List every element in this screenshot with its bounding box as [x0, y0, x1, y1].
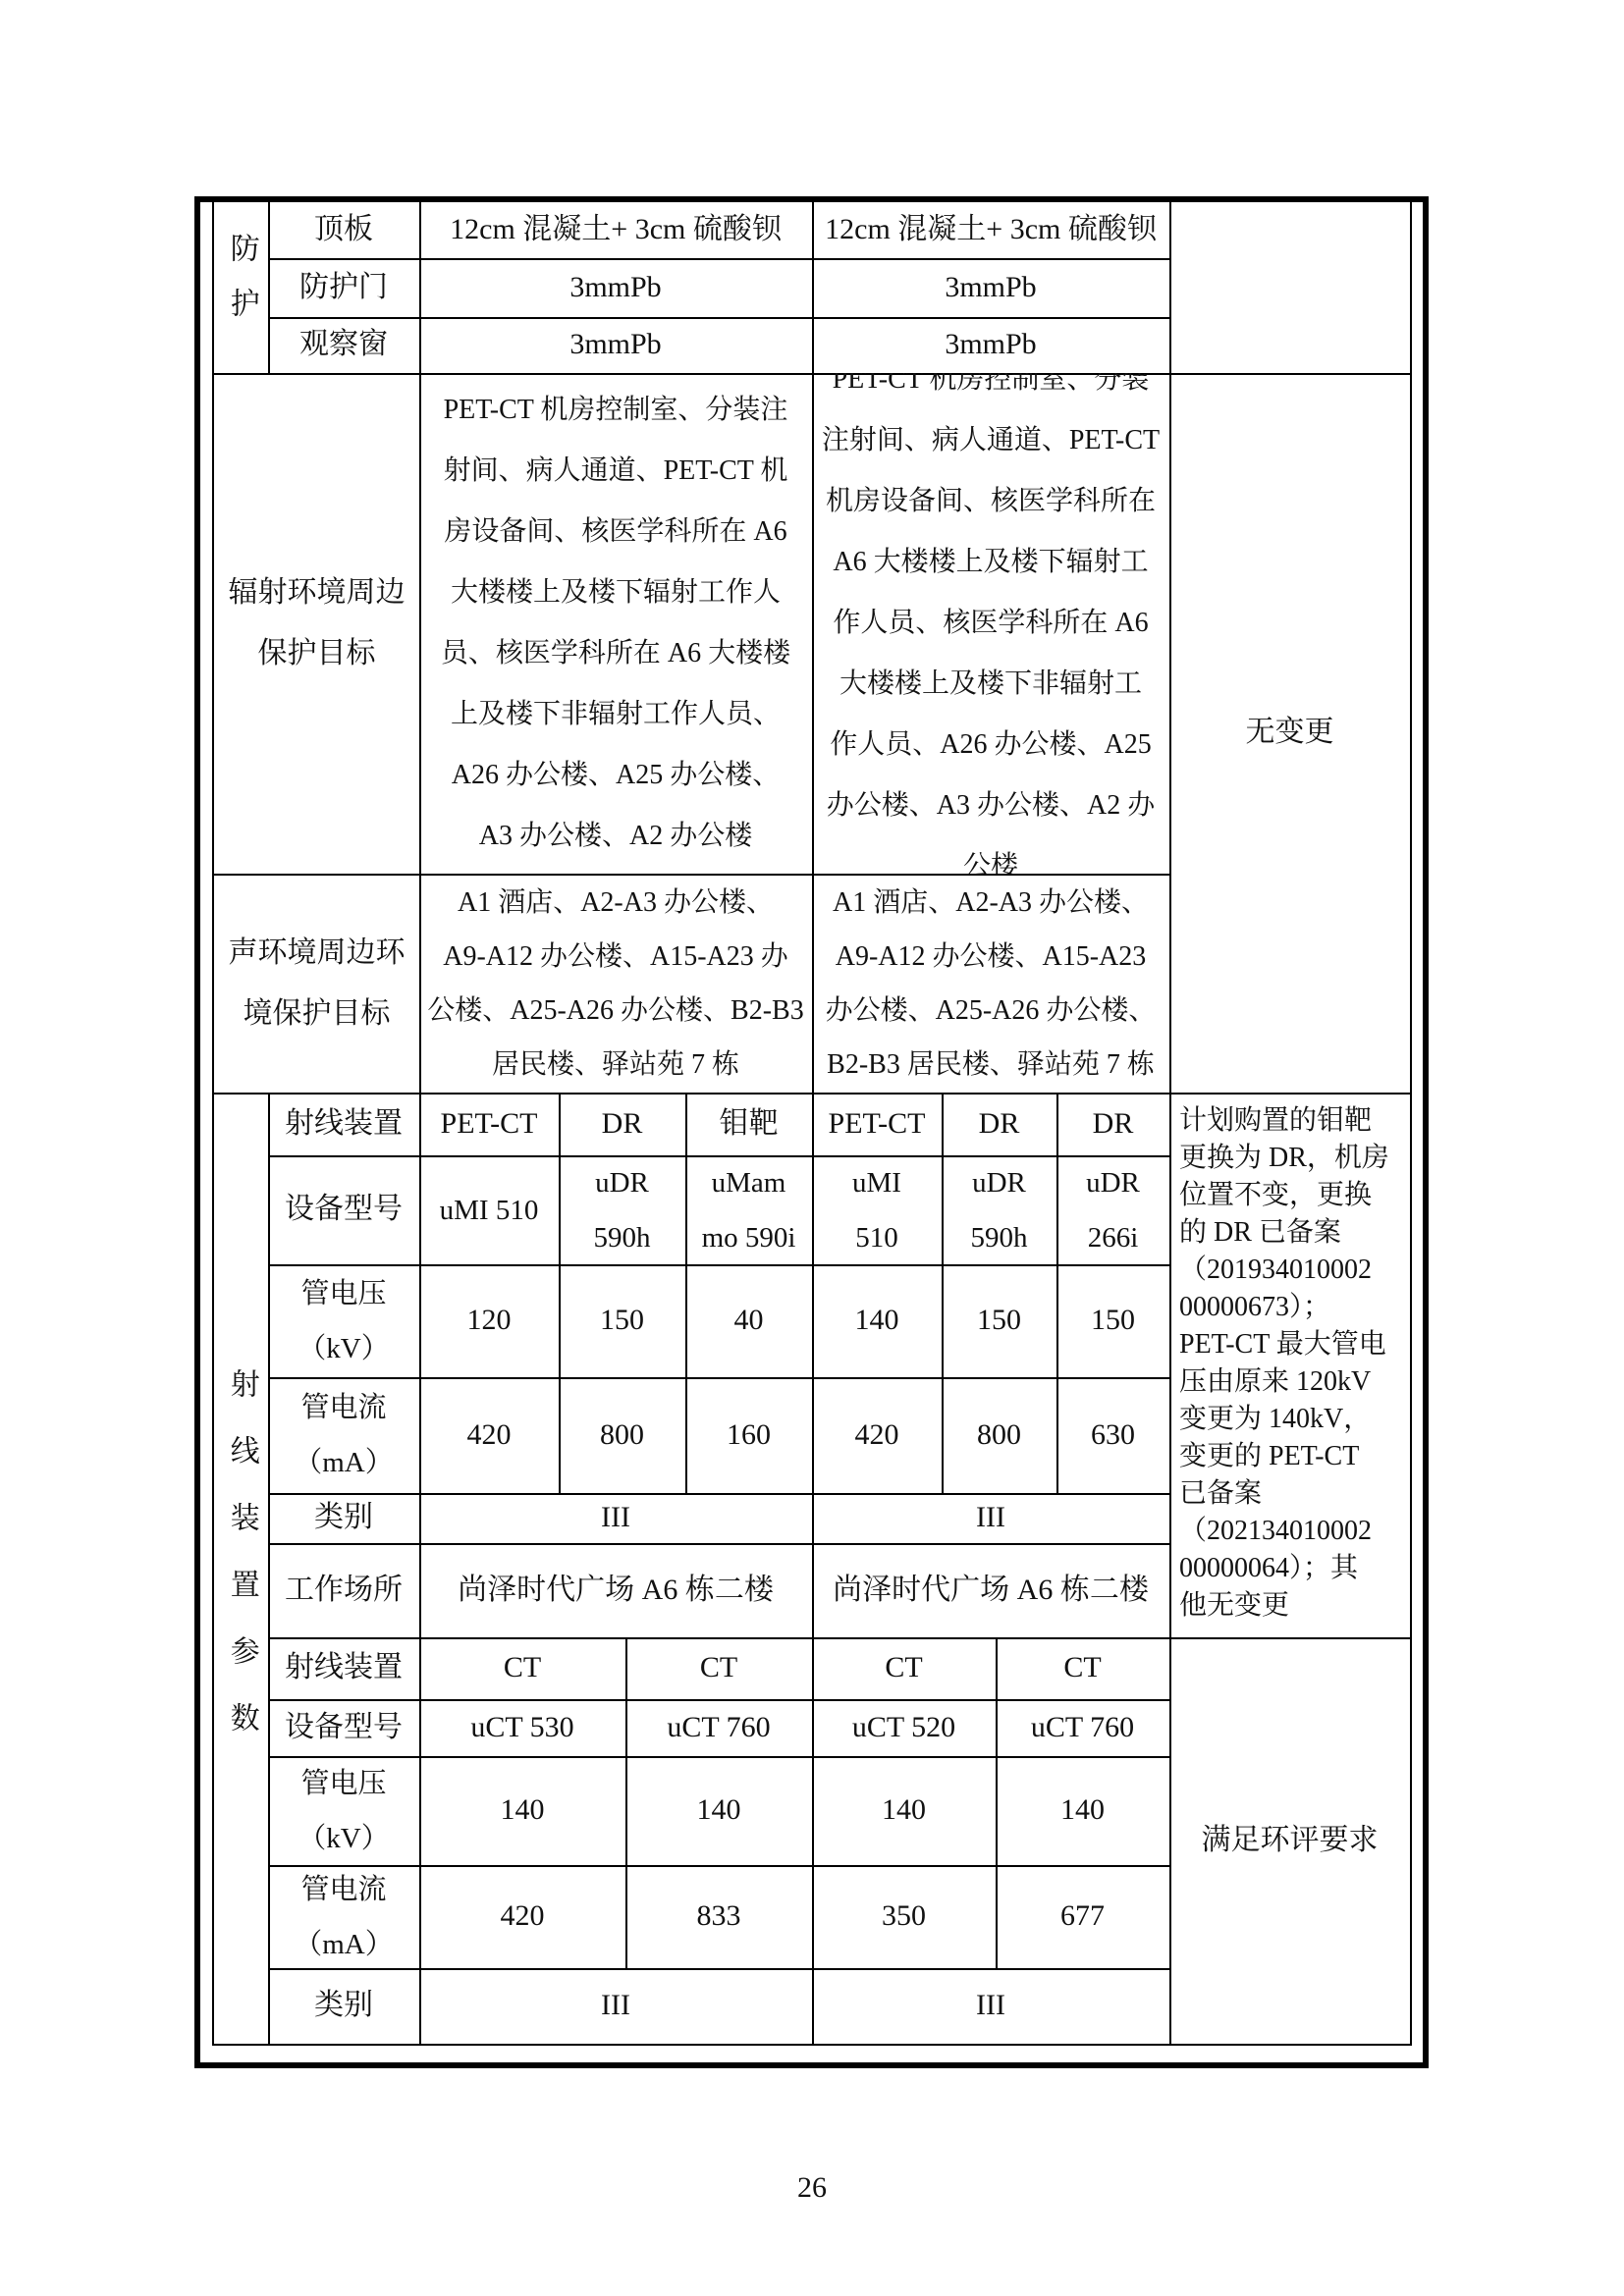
guanchachuang-before: 3mmPb	[419, 317, 814, 375]
table-frame: 防护 顶板 12cm 混凝土+ 3cm 硫酸钡 12cm 混凝土+ 3cm 硫酸…	[194, 196, 1429, 2068]
sub2-device-3: CT	[812, 1637, 998, 1701]
sub1-device-4: PET-CT	[812, 1093, 944, 1157]
sub2-category-after: III	[812, 1968, 1171, 2046]
fanghumen-after: 3mmPb	[812, 258, 1171, 319]
radiation-targets-after: PET-CT 机房控制室、分装 注射间、病人通道、PET-CT 机房设备间、核医…	[812, 373, 1171, 876]
sub2-category-before: III	[419, 1968, 814, 2046]
fanghumen-before: 3mmPb	[419, 258, 814, 319]
sub2-device-2: CT	[625, 1637, 814, 1701]
sub2-voltage-4: 140	[996, 1756, 1171, 1867]
sub1-label-model: 设备型号	[268, 1155, 421, 1266]
sub1-current-3: 160	[685, 1377, 814, 1495]
sub1-device-6: DR	[1056, 1093, 1171, 1157]
sub2-model-4: uCT 760	[996, 1699, 1171, 1758]
noise-targets-before: A1 酒店、A2-A3 办公楼、 A9-A12 办公楼、A15-A23 办 公楼…	[419, 874, 814, 1095]
sub1-label-workplace: 工作场所	[268, 1543, 421, 1639]
page-number: 26	[0, 2171, 1624, 2205]
sub1-workplace-after: 尚泽时代广场 A6 栋二楼	[812, 1543, 1171, 1639]
sub1-voltage-6: 150	[1056, 1264, 1171, 1379]
sub2-current-1: 420	[419, 1865, 627, 1970]
sub2-label-device: 射线装置	[268, 1637, 421, 1701]
sub2-current-2: 833	[625, 1865, 814, 1970]
guanchachuang-after: 3mmPb	[812, 317, 1171, 375]
sub1-device-2: DR	[559, 1093, 687, 1157]
sub1-current-2: 800	[559, 1377, 687, 1495]
sub1-voltage-1: 120	[419, 1264, 561, 1379]
protection-header: 防护	[214, 202, 270, 375]
sub2-label-model: 设备型号	[268, 1699, 421, 1758]
radiation-targets-before: PET-CT 机房控制室、分装注 射间、病人通道、PET-CT 机 房设备间、核…	[419, 373, 814, 876]
sub1-model-2: uDR 590h	[559, 1155, 687, 1266]
sub1-label-current: 管电流 （mA）	[268, 1377, 421, 1495]
sub2-device-1: CT	[419, 1637, 627, 1701]
sub1-current-4: 420	[812, 1377, 944, 1495]
sub1-current-5: 800	[942, 1377, 1058, 1495]
sub1-voltage-4: 140	[812, 1264, 944, 1379]
row-label-guanchachuang: 观察窗	[268, 317, 421, 375]
dingban-before: 12cm 混凝土+ 3cm 硫酸钡	[419, 202, 814, 260]
row-label-dingban: 顶板	[268, 202, 421, 260]
env-remark-cell: 无变更	[1169, 373, 1412, 1095]
sub1-category-after: III	[812, 1493, 1171, 1545]
sub1-category-before: III	[419, 1493, 814, 1545]
sub1-model-4: uMI 510	[812, 1155, 944, 1266]
sub2-current-3: 350	[812, 1865, 998, 1970]
row-label-fanghumen: 防护门	[268, 258, 421, 319]
noise-targets-after: A1 酒店、A2-A3 办公楼、 A9-A12 办公楼、A15-A23 办公楼、…	[812, 874, 1171, 1095]
sub1-device-3: 钼靶	[685, 1093, 814, 1157]
ray-remark-2: 满足环评要求	[1169, 1637, 1412, 2046]
sub2-label-category: 类别	[268, 1968, 421, 2046]
protection-remark	[1169, 202, 1412, 375]
sub2-device-4: CT	[996, 1637, 1171, 1701]
sub2-voltage-3: 140	[812, 1756, 998, 1867]
sub2-model-3: uCT 520	[812, 1699, 998, 1758]
sub1-device-1: PET-CT	[419, 1093, 561, 1157]
ray-params-header: 射线装置参数	[214, 1093, 270, 2046]
sub1-model-6: uDR 266i	[1056, 1155, 1171, 1266]
sub2-current-4: 677	[996, 1865, 1171, 1970]
noise-targets-header: 声环境周边环 境保护目标	[214, 874, 421, 1095]
sub1-voltage-3: 40	[685, 1264, 814, 1379]
sub1-voltage-2: 150	[559, 1264, 687, 1379]
sub1-model-3: uMam mo 590i	[685, 1155, 814, 1266]
sub1-workplace-before: 尚泽时代广场 A6 栋二楼	[419, 1543, 814, 1639]
sub1-label-device: 射线装置	[268, 1093, 421, 1157]
sub2-voltage-2: 140	[625, 1756, 814, 1867]
dingban-after: 12cm 混凝土+ 3cm 硫酸钡	[812, 202, 1171, 260]
sub1-label-voltage: 管电压 （kV）	[268, 1264, 421, 1379]
sub2-voltage-1: 140	[419, 1756, 627, 1867]
sub1-current-6: 630	[1056, 1377, 1171, 1495]
sub1-model-1: uMI 510	[419, 1155, 561, 1266]
sub2-model-1: uCT 530	[419, 1699, 627, 1758]
sub1-current-1: 420	[419, 1377, 561, 1495]
sub2-label-voltage: 管电压 （kV）	[268, 1756, 421, 1867]
sub1-device-5: DR	[942, 1093, 1058, 1157]
table-grid: 防护 顶板 12cm 混凝土+ 3cm 硫酸钡 12cm 混凝土+ 3cm 硫酸…	[212, 202, 1412, 2046]
radiation-targets-header: 辐射环境周边 保护目标	[214, 373, 421, 876]
sub1-label-category: 类别	[268, 1493, 421, 1545]
ray-remark-1: 计划购置的钼靶 更换为 DR，机房 位置不变，更换 的 DR 已备案 （2019…	[1169, 1093, 1412, 1639]
sub1-voltage-5: 150	[942, 1264, 1058, 1379]
sub2-label-current: 管电流 （mA）	[268, 1865, 421, 1970]
sub2-model-2: uCT 760	[625, 1699, 814, 1758]
sub1-model-5: uDR 590h	[942, 1155, 1058, 1266]
